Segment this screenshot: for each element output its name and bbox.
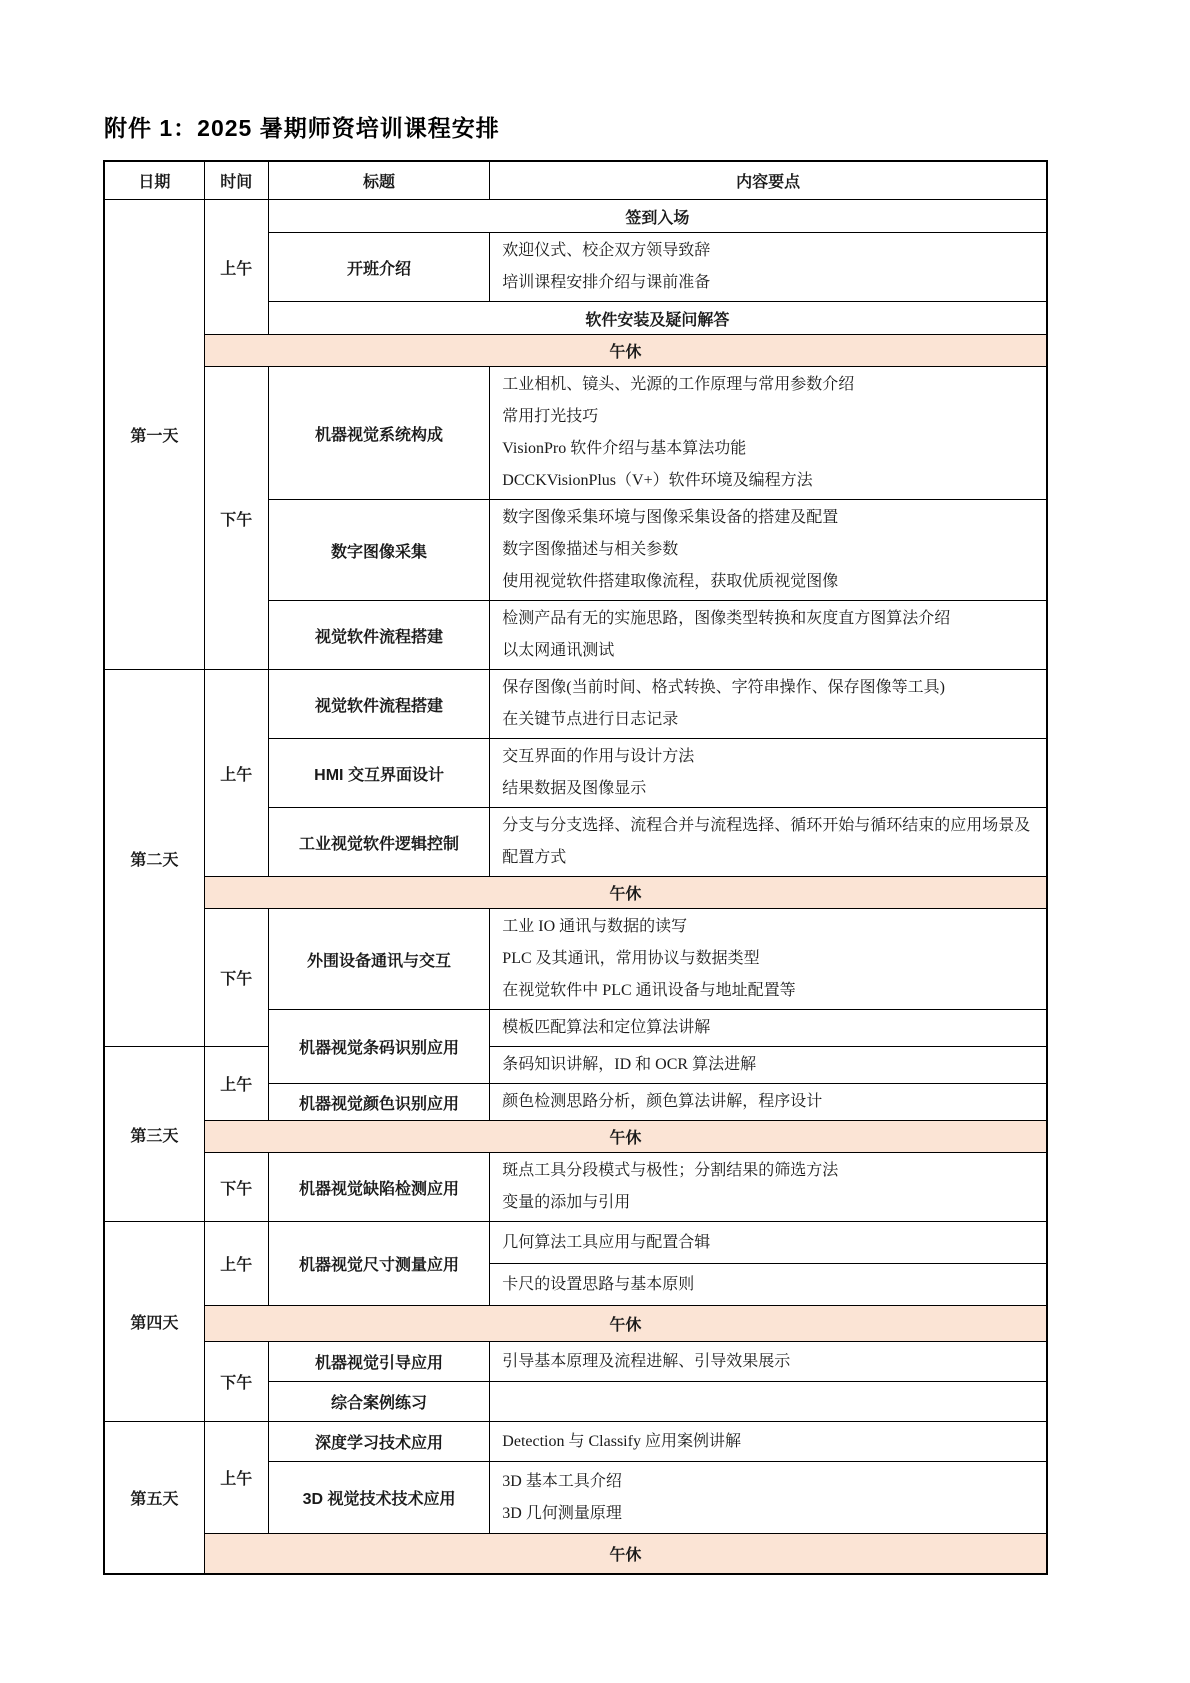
cell-content-intro: 欢迎仪式、校企双方领导致辞 培训课程安排介绍与课前准备 <box>490 233 1047 302</box>
table-row: 第五天 上午 深度学习技术应用 Detection 与 Classify 应用案… <box>104 1422 1047 1462</box>
cell-noon-break-3: 午休 <box>204 1121 1047 1153</box>
table-row: 下午 机器视觉系统构成 工业相机、镜头、光源的工作原理与常用参数介绍 常用打光技… <box>104 367 1047 500</box>
cell-content-image-capture: 数字图像采集环境与图像采集设备的搭建及配置 数字图像描述与相关参数 使用视觉软件… <box>490 500 1047 601</box>
content-line: 欢迎仪式、校企双方领导致辞 <box>502 235 1034 267</box>
noon-break-row: 午休 <box>104 1121 1047 1153</box>
cell-content-hmi: 交互界面的作用与设计方法 结果数据及图像显示 <box>490 739 1047 808</box>
cell-title-logic-control: 工业视觉软件逻辑控制 <box>268 808 489 877</box>
cell-content-flow-build-d1: 检测产品有无的实施思路，图像类型转换和灰度直方图算法介绍 以太网通讯测试 <box>490 601 1047 670</box>
course-schedule-table: 日期 时间 标题 内容要点 第一天 上午 签到入场 开班介绍 欢迎仪式、校企双方… <box>103 160 1048 1575</box>
content-line: 在视觉软件中 PLC 通讯设备与地址配置等 <box>502 975 1034 1007</box>
content-line: 几何算法工具应用与配置合辑 <box>502 1227 1034 1259</box>
cell-content-vision3d: 3D 基本工具介绍 3D 几何测量原理 <box>490 1462 1047 1534</box>
content-line: 数字图像采集环境与图像采集设备的搭建及配置 <box>502 502 1034 534</box>
content-line: 数字图像描述与相关参数 <box>502 534 1034 566</box>
cell-content-barcode-1: 模板匹配算法和定位算法讲解 <box>490 1010 1047 1047</box>
content-line: 工业相机、镜头、光源的工作原理与常用参数介绍 <box>502 369 1034 401</box>
table-row: 第三天 上午 条码知识讲解，ID 和 OCR 算法进解 <box>104 1047 1047 1084</box>
cell-content-defect: 斑点工具分段模式与极性；分割结果的筛选方法 变量的添加与引用 <box>490 1153 1047 1222</box>
content-line: 结果数据及图像显示 <box>502 773 1034 805</box>
cell-title-defect: 机器视觉缺陷检测应用 <box>268 1153 489 1222</box>
content-line: 3D 几何测量原理 <box>502 1498 1034 1530</box>
content-line: 引导基本原理及流程进解、引导效果展示 <box>502 1346 1034 1378</box>
cell-title-image-capture: 数字图像采集 <box>268 500 489 601</box>
table-row: 下午 机器视觉引导应用 引导基本原理及流程进解、引导效果展示 <box>104 1342 1047 1382</box>
noon-break-row: 午休 <box>104 1534 1047 1574</box>
cell-day-5: 第五天 <box>104 1422 204 1574</box>
content-line: 以太网通讯测试 <box>502 635 1034 667</box>
cell-title-color-detect: 机器视觉颜色识别应用 <box>268 1084 489 1121</box>
table-row: 第四天 上午 机器视觉尺寸测量应用 几何算法工具应用与配置合辑 <box>104 1222 1047 1264</box>
cell-content-practice <box>490 1382 1047 1422</box>
content-line: 工业 IO 通讯与数据的读写 <box>502 911 1034 943</box>
cell-noon-break-5: 午休 <box>204 1534 1047 1574</box>
content-line: 培训课程安排介绍与课前准备 <box>502 267 1034 299</box>
cell-time-d1-afternoon: 下午 <box>204 367 268 670</box>
content-line: 3D 基本工具介绍 <box>502 1466 1034 1498</box>
content-line: 变量的添加与引用 <box>502 1187 1034 1219</box>
cell-title-barcode: 机器视觉条码识别应用 <box>268 1010 489 1084</box>
cell-title-intro: 开班介绍 <box>268 233 489 302</box>
content-line: 使用视觉软件搭建取像流程，获取优质视觉图像 <box>502 566 1034 598</box>
cell-title-deep-learning: 深度学习技术应用 <box>268 1422 489 1462</box>
cell-noon-break-4: 午休 <box>204 1306 1047 1342</box>
content-line: 条码知识讲解，ID 和 OCR 算法进解 <box>502 1049 1034 1081</box>
noon-break-row: 午休 <box>104 1306 1047 1342</box>
cell-day-1: 第一天 <box>104 200 204 670</box>
cell-time-d1-morning: 上午 <box>204 200 268 335</box>
cell-time-d3-morning: 上午 <box>204 1047 268 1121</box>
content-line: 交互界面的作用与设计方法 <box>502 741 1034 773</box>
page-title: 附件 1：2025 暑期师资培训课程安排 <box>104 110 500 143</box>
cell-title-mv-system: 机器视觉系统构成 <box>268 367 489 500</box>
cell-title-vision3d: 3D 视觉技术技术应用 <box>268 1462 489 1534</box>
cell-sign-in: 签到入场 <box>268 200 1047 233</box>
cell-content-peripheral-comm: 工业 IO 通讯与数据的读写 PLC 及其通讯，常用协议与数据类型 在视觉软件中… <box>490 909 1047 1010</box>
content-line: PLC 及其通讯，常用协议与数据类型 <box>502 943 1034 975</box>
cell-content-flow-build-d2: 保存图像(当前时间、格式转换、字符串操作、保存图像等工具) 在关键节点进行日志记… <box>490 670 1047 739</box>
table-row: 第一天 上午 签到入场 <box>104 200 1047 233</box>
content-line: 检测产品有无的实施思路，图像类型转换和灰度直方图算法介绍 <box>502 603 1034 635</box>
cell-content-measure-2: 卡尺的设置思路与基本原则 <box>490 1264 1047 1306</box>
cell-title-peripheral-comm: 外围设备通讯与交互 <box>268 909 489 1010</box>
cell-day-3: 第三天 <box>104 1047 204 1222</box>
cell-time-d2-morning: 上午 <box>204 670 268 877</box>
cell-time-d4-morning: 上午 <box>204 1222 268 1306</box>
cell-title-hmi: HMI 交互界面设计 <box>268 739 489 808</box>
cell-time-d2-afternoon: 下午 <box>204 909 268 1047</box>
cell-time-d3-afternoon: 下午 <box>204 1153 268 1222</box>
table-row: 下午 机器视觉缺陷检测应用 斑点工具分段模式与极性；分割结果的筛选方法 变量的添… <box>104 1153 1047 1222</box>
content-line: 分支与分支选择、流程合并与流程选择、循环开始与循环结束的应用场景及配置方式 <box>502 810 1034 874</box>
cell-day-2: 第二天 <box>104 670 204 1047</box>
cell-title-measure: 机器视觉尺寸测量应用 <box>268 1222 489 1306</box>
cell-day-4: 第四天 <box>104 1222 204 1422</box>
noon-break-row: 午休 <box>104 877 1047 909</box>
content-line: 颜色检测思路分析，颜色算法讲解，程序设计 <box>502 1086 1034 1118</box>
cell-content-measure-1: 几何算法工具应用与配置合辑 <box>490 1222 1047 1264</box>
header-date: 日期 <box>104 161 204 200</box>
cell-noon-break-2: 午休 <box>204 877 1047 909</box>
content-line: 保存图像(当前时间、格式转换、字符串操作、保存图像等工具) <box>502 672 1034 704</box>
header-title: 标题 <box>268 161 489 200</box>
cell-content-barcode-2: 条码知识讲解，ID 和 OCR 算法进解 <box>490 1047 1047 1084</box>
table-header-row: 日期 时间 标题 内容要点 <box>104 161 1047 200</box>
cell-noon-break-1: 午休 <box>204 335 1047 367</box>
content-line: Detection 与 Classify 应用案例讲解 <box>502 1426 1034 1458</box>
content-line: VisionPro 软件介绍与基本算法功能 <box>502 433 1034 465</box>
table-row: 下午 外围设备通讯与交互 工业 IO 通讯与数据的读写 PLC 及其通讯，常用协… <box>104 909 1047 1010</box>
content-line: 模板匹配算法和定位算法讲解 <box>502 1012 1034 1044</box>
content-line: 卡尺的设置思路与基本原则 <box>502 1269 1034 1301</box>
table-row: 第二天 上午 视觉软件流程搭建 保存图像(当前时间、格式转换、字符串操作、保存图… <box>104 670 1047 739</box>
cell-content-color-detect: 颜色检测思路分析，颜色算法讲解，程序设计 <box>490 1084 1047 1121</box>
content-line: 在关键节点进行日志记录 <box>502 704 1034 736</box>
cell-time-d5-morning: 上午 <box>204 1422 268 1534</box>
content-line: 常用打光技巧 <box>502 401 1034 433</box>
cell-title-practice: 综合案例练习 <box>268 1382 489 1422</box>
noon-break-row: 午休 <box>104 335 1047 367</box>
content-line: 斑点工具分段模式与极性；分割结果的筛选方法 <box>502 1155 1034 1187</box>
cell-title-guide: 机器视觉引导应用 <box>268 1342 489 1382</box>
cell-time-d4-afternoon: 下午 <box>204 1342 268 1422</box>
cell-software-install: 软件安装及疑问解答 <box>268 302 1047 335</box>
cell-content-logic-control: 分支与分支选择、流程合并与流程选择、循环开始与循环结束的应用场景及配置方式 <box>490 808 1047 877</box>
content-line: DCCKVisionPlus（V+）软件环境及编程方法 <box>502 465 1034 497</box>
cell-content-deep-learning: Detection 与 Classify 应用案例讲解 <box>490 1422 1047 1462</box>
cell-title-flow-build-d1: 视觉软件流程搭建 <box>268 601 489 670</box>
header-time: 时间 <box>204 161 268 200</box>
cell-content-guide: 引导基本原理及流程进解、引导效果展示 <box>490 1342 1047 1382</box>
cell-title-flow-build-d2: 视觉软件流程搭建 <box>268 670 489 739</box>
header-content: 内容要点 <box>490 161 1047 200</box>
cell-content-mv-system: 工业相机、镜头、光源的工作原理与常用参数介绍 常用打光技巧 VisionPro … <box>490 367 1047 500</box>
